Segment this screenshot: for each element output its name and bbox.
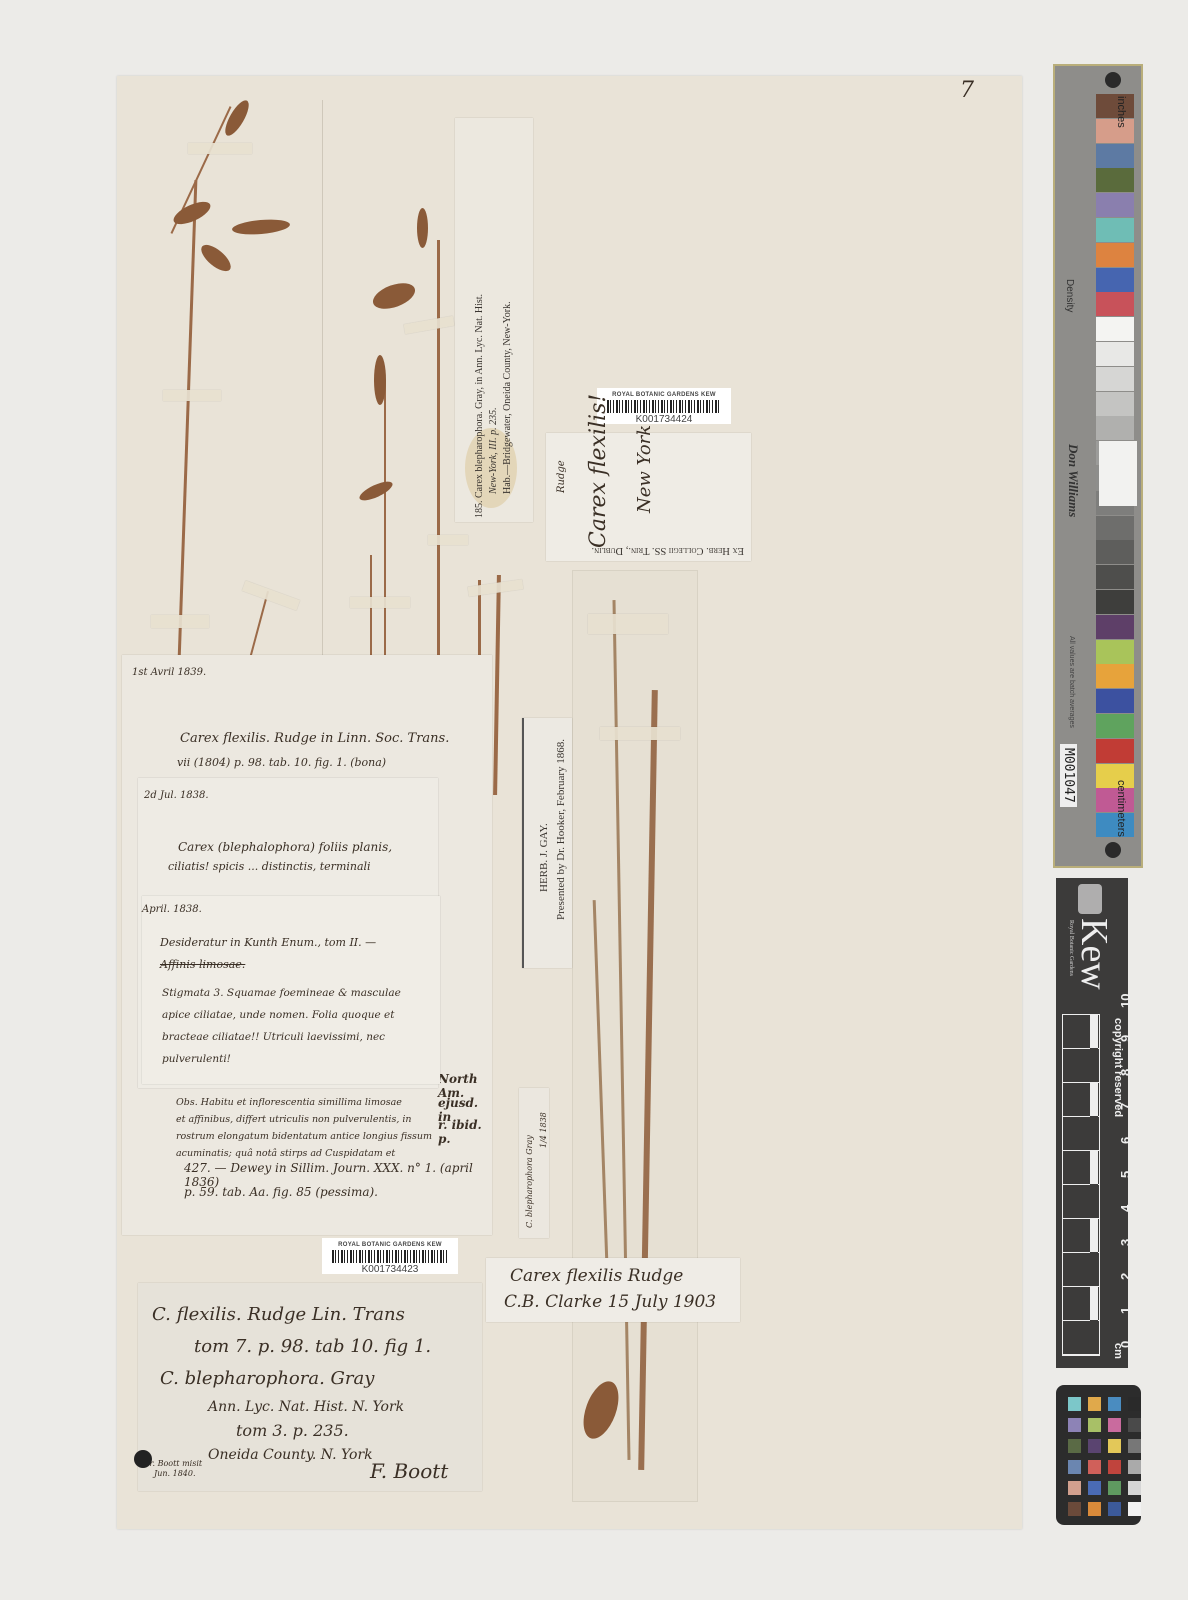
color-patch (1096, 516, 1134, 540)
signature: F. Boott (370, 1459, 448, 1483)
note-text: Affinis limosae. (160, 958, 245, 971)
color-patch (1096, 615, 1134, 639)
checker-patch (1108, 1481, 1121, 1495)
note-text: bracteae ciliatae!! Utriculi laevissimi,… (162, 1026, 442, 1048)
slip-text: C. blepharophora Gray (525, 1135, 534, 1228)
sheet-crease (322, 100, 323, 660)
color-patch (1096, 193, 1134, 217)
checker-patch (1128, 1439, 1141, 1453)
barcode-id: K001734424 (597, 415, 731, 425)
note-text: rostrum elongatum bidentatum antice long… (176, 1128, 506, 1145)
grey-step-wedge (1099, 441, 1137, 506)
note-text: Stigmata 3. Squamae foemineae & masculae (162, 982, 442, 1004)
plant-stem (437, 240, 440, 660)
chart-hole (1105, 842, 1121, 858)
barcode-org: ROYAL BOTANIC GARDENS KEW (322, 1242, 458, 1248)
copyright-notice: copyright reserved (1112, 1018, 1124, 1117)
checker-patch (1088, 1397, 1101, 1411)
barcode-id: K001734423 (322, 1265, 458, 1275)
checker-patch (1108, 1397, 1121, 1411)
mounting-tape (600, 727, 680, 740)
chart-brand: Don Williams (1065, 444, 1081, 517)
checker-patch (1068, 1418, 1081, 1432)
gray-printed-label: 185. Carex blepharophora. Gray, in Ann. … (455, 118, 533, 522)
note-text: vii (1804) p. 98. tab. 10. fig. 1. (bona… (177, 756, 386, 769)
color-patch (1096, 342, 1134, 366)
note-text: Obs. Habitu et inflorescentia simillima … (176, 1094, 506, 1111)
chart-bottom-label: centimeters (1115, 780, 1127, 837)
checker-patch (1108, 1460, 1121, 1474)
label-text: C.B. Clarke 15 July 1903 (504, 1292, 716, 1312)
checker-patch (1068, 1460, 1081, 1474)
label-printed-text: Ex Herb. Collegii SS. Trin., Dublin. (554, 545, 744, 556)
color-patch (1096, 664, 1134, 688)
label-text: New-York, III. p. 235. (487, 294, 501, 518)
scale-tick-label: 6 (1118, 1137, 1133, 1144)
note-text: apice ciliatae, unde nomen. Folia quoque… (162, 1004, 442, 1026)
label-text: tom 3. p. 235. (208, 1419, 404, 1443)
barcode-org: ROYAL BOTANIC GARDENS KEW (597, 392, 731, 398)
mounting-tape (163, 390, 221, 401)
mounting-tape (588, 614, 668, 634)
label-note: Fr. Boott misit (144, 1459, 202, 1469)
label-text: tom 7. p. 98. tab 10. fig 1. (152, 1331, 482, 1363)
color-patch (1096, 268, 1134, 292)
mounting-tape (350, 597, 410, 608)
plant-spikelet (374, 355, 386, 405)
label-text: C. blepharophora. Gray (152, 1363, 482, 1395)
chart-hole (1105, 72, 1121, 88)
mounting-tape (428, 535, 468, 545)
kew-logo: Kew (1072, 918, 1116, 990)
checker-patch (1068, 1481, 1081, 1495)
clarke-label: Carex flexilis Rudge C.B. Clarke 15 July… (486, 1258, 740, 1322)
checker-patch (1128, 1460, 1141, 1474)
plant-stem (384, 380, 386, 660)
note-date: 1st Avril 1839. (132, 667, 206, 678)
plant-spikelet (417, 208, 428, 248)
note-text: et affinibus, differt utriculis non pulv… (176, 1111, 506, 1128)
scale-tick-label: 3 (1118, 1239, 1133, 1246)
color-patch (1096, 168, 1134, 192)
hole-punch-mark (134, 1450, 152, 1468)
note-text: ciliatis! spicis ... distinctis, termina… (168, 860, 371, 873)
checker-patch (1088, 1481, 1101, 1495)
checker-patch (1088, 1460, 1101, 1474)
label-text: Presented by Dr. Hooker, February 1868. (553, 739, 570, 920)
color-patch (1096, 416, 1134, 440)
color-patch (1096, 540, 1134, 564)
note-text: acuminatis; quâ notâ stirps ad Cuspidata… (176, 1145, 506, 1162)
mounting-tape (188, 143, 252, 154)
checker-patch (1088, 1502, 1101, 1516)
color-patch (1096, 392, 1134, 416)
checker-patch (1108, 1418, 1121, 1432)
label-number: 185. (474, 501, 485, 519)
barcode-label: ROYAL BOTANIC GARDENS KEW K001734424 (597, 388, 731, 424)
boott-label: C. flexilis. Rudge Lin. Trans tom 7. p. … (138, 1283, 482, 1491)
scale-tick-label: 1 (1118, 1307, 1133, 1314)
label-text: Hab.—Bridgewater, Oneida County, New-Yor… (501, 294, 515, 518)
scale-tick-label: 5 (1118, 1171, 1133, 1178)
chart-id: M001047 (1060, 744, 1077, 807)
note-text: Desideratur in Kunth Enum., tom II. — (160, 936, 376, 949)
handwritten-name: Carex flexilis! (586, 394, 611, 548)
color-patch (1096, 739, 1134, 763)
checker-patch (1068, 1439, 1081, 1453)
slip-date: 1/4 1838 (539, 1112, 548, 1148)
checker-patch (1128, 1397, 1141, 1411)
label-text: Ann. Lyc. Nat. Hist. N. York (208, 1395, 404, 1419)
kew-subtitle: Royal Botanic Gardens (1068, 920, 1074, 976)
barcode-bars (332, 1250, 448, 1263)
color-patch (1096, 218, 1134, 242)
color-patch (1096, 317, 1134, 341)
scale-unit: cm (1112, 1343, 1124, 1359)
color-patch (1096, 243, 1134, 267)
mounting-tape (151, 615, 209, 628)
chart-note: All values are batch averages (1068, 636, 1075, 728)
checker-patch (1128, 1481, 1141, 1495)
kew-scale-bar: Kew Royal Botanic Gardens 012345678910 c… (1056, 878, 1128, 1368)
small-slip: C. blepharophora Gray 1/4 1838 (519, 1088, 549, 1238)
checker-patch (1088, 1418, 1101, 1432)
mounting-strip (572, 570, 698, 1502)
chart-top-label: inches (1115, 96, 1127, 128)
scale-tick-label: 2 (1118, 1273, 1133, 1280)
note-slip-1838-april: April. 1838. Desideratur in Kunth Enum.,… (142, 896, 440, 1084)
note-text: pulverulenti! (162, 1048, 442, 1070)
scale-tick-label: 10 (1118, 994, 1133, 1008)
scale-tick-label: 4 (1118, 1205, 1133, 1212)
label-text: Carex flexilis Rudge (510, 1266, 683, 1286)
handwritten-author: Rudge (556, 460, 567, 493)
note-date: 2d Jul. 1838. (144, 790, 209, 801)
color-checker-card (1056, 1385, 1141, 1525)
label-text: Carex blepharophora. Gray, in Ann. Lyc. … (474, 294, 485, 498)
note-text: Carex (blephalophora) foliis planis, (178, 840, 392, 854)
color-patch (1096, 640, 1134, 664)
barcode-bars (607, 400, 721, 413)
note-reference: p. 59. tab. Aa. fig. 85 (pessima). (184, 1185, 378, 1199)
scale-ruler-alt (1090, 1014, 1098, 1354)
checker-patch (1068, 1397, 1081, 1411)
density-label: Density (1064, 279, 1075, 312)
note-date: April. 1838. (142, 904, 202, 915)
label-text: C. flexilis. Rudge Lin. Trans (152, 1299, 482, 1331)
color-patch (1096, 144, 1134, 168)
color-patch (1096, 292, 1134, 316)
royal-crest-icon (1078, 884, 1102, 914)
color-patch (1096, 590, 1134, 614)
checker-patch (1128, 1502, 1141, 1516)
color-patch (1096, 367, 1134, 391)
dublin-herbarium-label: Ex Herb. Collegii SS. Trin., Dublin. Car… (546, 433, 751, 561)
note-text: Carex flexilis. Rudge in Linn. Soc. Tran… (180, 731, 449, 746)
color-patch (1096, 714, 1134, 738)
checker-patch (1068, 1502, 1081, 1516)
color-patch (1096, 565, 1134, 589)
color-patch (1096, 689, 1134, 713)
checker-patch (1108, 1439, 1121, 1453)
checker-patch (1128, 1418, 1141, 1432)
color-calibration-chart: inches centimeters Density All values ar… (1053, 64, 1143, 868)
herb-gay-label: HERB. J. GAY. Presented by Dr. Hooker, F… (522, 718, 572, 968)
checker-patch (1108, 1502, 1121, 1516)
barcode-label: ROYAL BOTANIC GARDENS KEW K001734423 (322, 1238, 458, 1274)
label-text: HERB. J. GAY. (536, 739, 553, 920)
sheet-number: 7 (960, 78, 974, 103)
handwritten-locality: New York (634, 425, 655, 513)
checker-patch (1088, 1439, 1101, 1453)
label-note: Jun. 1840. (144, 1469, 202, 1479)
